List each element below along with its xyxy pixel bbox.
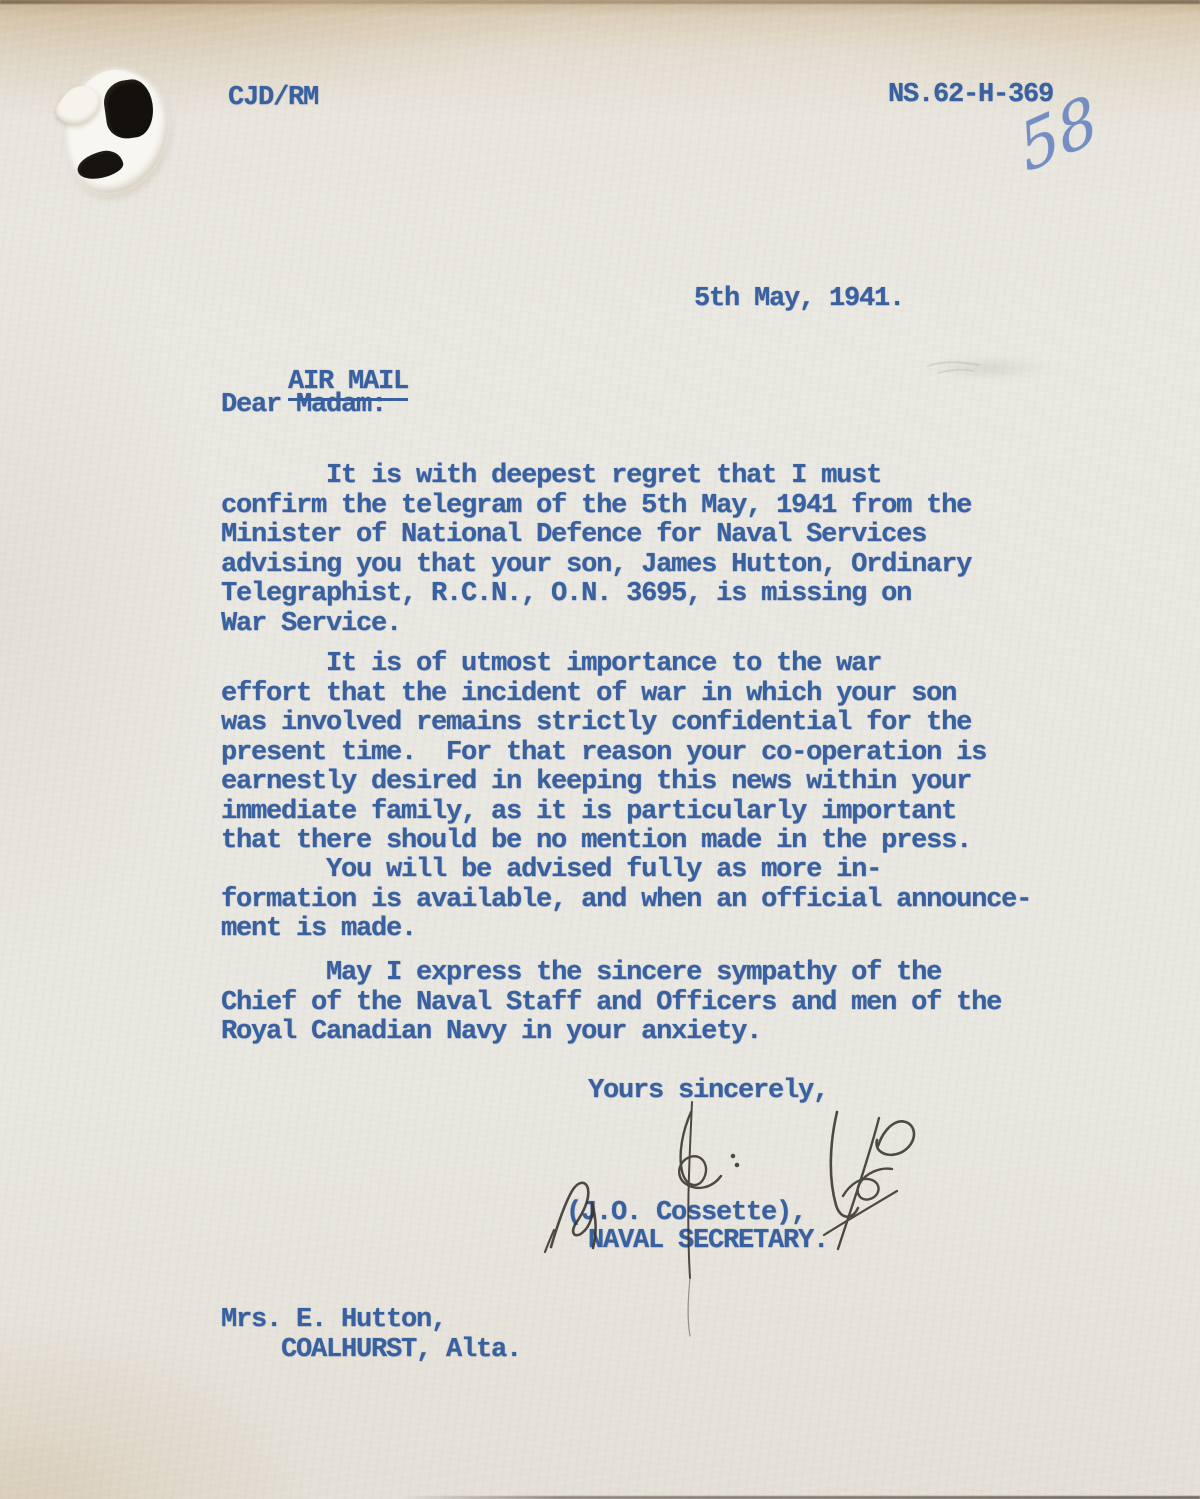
paragraph-2: It is of utmost importance to the war ef… bbox=[221, 650, 986, 857]
letter-scan: CJD/RM NS.62-H-369 58 5th May, 1941. AIR… bbox=[0, 0, 1200, 1499]
paper-tear bbox=[55, 68, 173, 200]
signatory-title: NAVAL SECRETARY. bbox=[588, 1227, 828, 1257]
date-line: 5th May, 1941. bbox=[694, 285, 904, 315]
paragraph-3: You will be advised fully as more in- fo… bbox=[221, 856, 1031, 945]
recipient-block: Mrs. E. Hutton, COALHURST, Alta. bbox=[221, 1306, 521, 1365]
salutation: Dear Madam: bbox=[221, 391, 386, 421]
signatory-name: (J.O. Cossette), bbox=[566, 1199, 806, 1229]
paragraph-4: May I express the sincere sympathy of th… bbox=[221, 959, 1001, 1048]
paper-top-edge bbox=[0, 0, 1200, 4]
file-reference: CJD/RM bbox=[228, 84, 318, 114]
closing-line: Yours sincerely, bbox=[588, 1077, 828, 1107]
paragraph-1: It is with deepest regret that I must co… bbox=[221, 462, 971, 639]
pencil-smudge bbox=[925, 355, 1055, 381]
registry-number: NS.62-H-369 bbox=[888, 81, 1053, 111]
